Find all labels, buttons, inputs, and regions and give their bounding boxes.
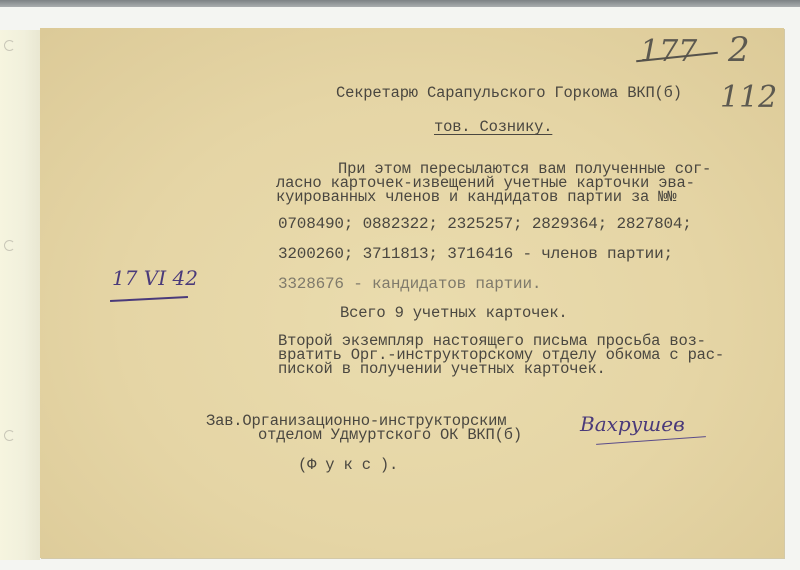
signatory-name: (Ф у к с ). xyxy=(298,458,398,474)
signature-underline xyxy=(596,436,706,445)
archive-number-crossed: 177 xyxy=(640,34,697,69)
paragraph-1-line-3: куированных членов и кандидатов партии з… xyxy=(276,190,676,206)
binding-strip xyxy=(0,30,40,560)
candidate-cards-line: 3328676 - кандидатов партии. xyxy=(278,276,541,292)
addressee-line-2: тов. Сознику. xyxy=(434,120,552,136)
archive-second-number: 112 xyxy=(720,80,777,115)
date-underline xyxy=(110,296,188,302)
scanner-top-edge xyxy=(0,0,800,7)
punch-hole xyxy=(4,240,15,251)
paragraph-2-line-3: пиской в получении учетных карточек. xyxy=(278,362,606,378)
total-cards: Всего 9 учетных карточек. xyxy=(340,306,568,322)
punch-hole xyxy=(4,40,15,51)
member-cards-line-1: 0708490; 0882322; 2325257; 2829364; 2827… xyxy=(278,216,692,232)
document-sheet: 177 2 112 Секретарю Сарапульского Горком… xyxy=(40,28,784,558)
member-cards-line-2: 3200260; 3711813; 3716416 - членов парти… xyxy=(278,246,673,262)
addressee-line-1: Секретарю Сарапульского Горкома ВКП(б) xyxy=(336,86,682,102)
punch-hole xyxy=(4,430,15,441)
archive-sheet-number: 2 xyxy=(728,30,750,70)
handwritten-date: 17 VI 42 xyxy=(112,266,198,290)
handwritten-signature: Вахрушев xyxy=(580,412,685,436)
signature-title-line-2: отделом Удмуртского ОК ВКП(б) xyxy=(258,428,522,444)
